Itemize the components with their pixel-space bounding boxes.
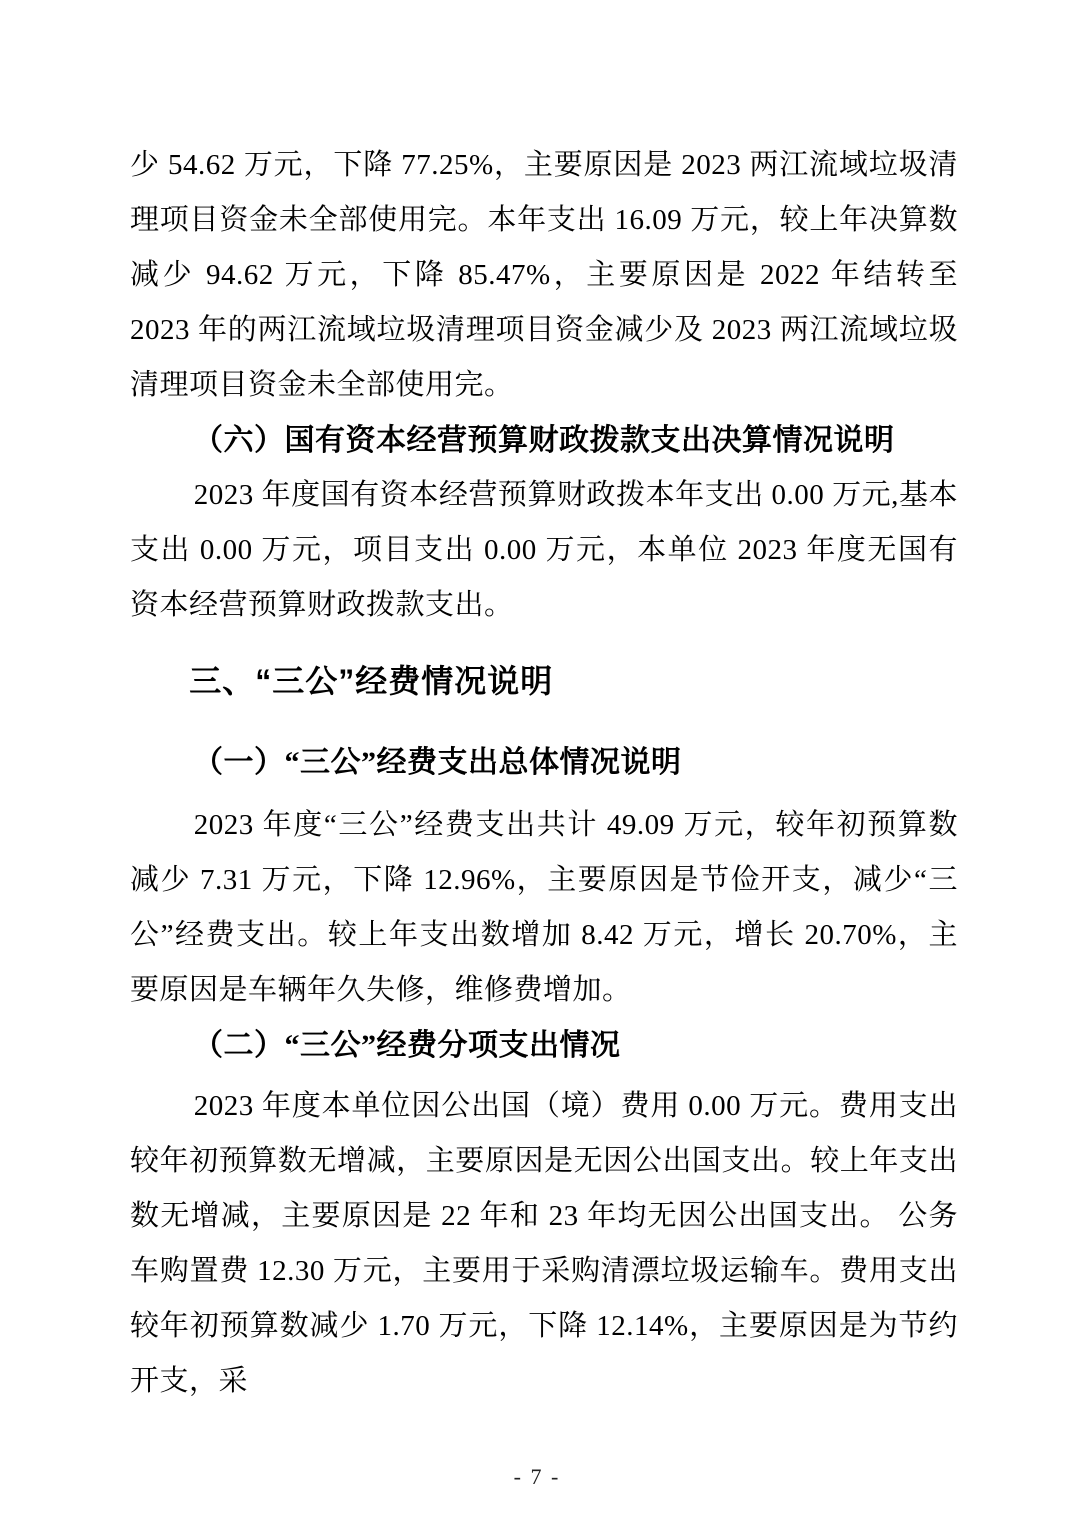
heading-part-3-three-public-expenses: 三、“三公”经费情况说明: [130, 649, 958, 713]
paragraph-part3-sub2-body: 2023 年度本单位因公出国（境）费用 0.00 万元。费用支出较年初预算数无增…: [130, 1079, 958, 1409]
document-page: 少 54.62 万元，下降 77.25%，主要原因是 2023 两江流域垃圾清理…: [0, 0, 1074, 1520]
paragraph-part3-sub1-body: 2023 年度“三公”经费支出共计 49.09 万元，较年初预算数减少 7.31…: [130, 798, 958, 1018]
heading-section-6-state-capital-budget: （六）国有资本经营预算财政拨款支出决算情况说明: [130, 413, 958, 468]
paragraph-section-6-body: 2023 年度国有资本经营预算财政拨本年支出 0.00 万元,基本支出 0.00…: [130, 468, 958, 633]
heading-part3-sub2-itemized-expenditure: （二）“三公”经费分项支出情况: [130, 1018, 958, 1073]
page-number: - 7 -: [0, 1464, 1074, 1490]
heading-part3-sub1-overall-expenditure: （一）“三公”经费支出总体情况说明: [130, 735, 958, 790]
paragraph-carryover-funds: 少 54.62 万元，下降 77.25%，主要原因是 2023 两江流域垃圾清理…: [130, 138, 958, 413]
